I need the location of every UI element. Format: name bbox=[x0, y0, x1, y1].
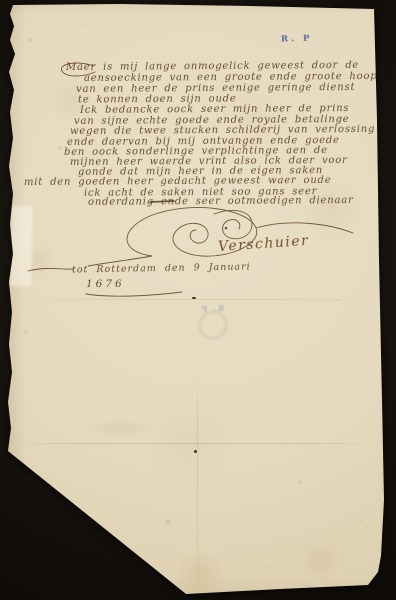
dateline-year: 1676 bbox=[86, 278, 125, 290]
verso-bleedthrough-smudge bbox=[84, 420, 154, 436]
manuscript-line: onderdanig ende seer ootmoedigen dienaar bbox=[88, 196, 354, 208]
signature-name: Verschuier bbox=[218, 233, 310, 255]
dateline-place: tot Rotterdam den 9 Januari bbox=[72, 261, 251, 275]
edge-repair-patch bbox=[10, 206, 33, 287]
ink-speck bbox=[192, 297, 196, 299]
archive-stamp: R. P bbox=[281, 34, 313, 45]
fold-crease-horizontal bbox=[10, 443, 382, 444]
fold-crease-horizontal-upper bbox=[14, 299, 374, 300]
bleedthrough-stamp: R. P bbox=[200, 304, 224, 314]
fold-crease-vertical bbox=[197, 360, 198, 588]
ink-speck bbox=[194, 450, 197, 453]
manuscript-letter: R. P R. P Maer is mij lange onmogelick g… bbox=[0, 0, 396, 600]
paper-sheet: R. P R. P Maer is mij lange onmogelick g… bbox=[0, 0, 396, 600]
